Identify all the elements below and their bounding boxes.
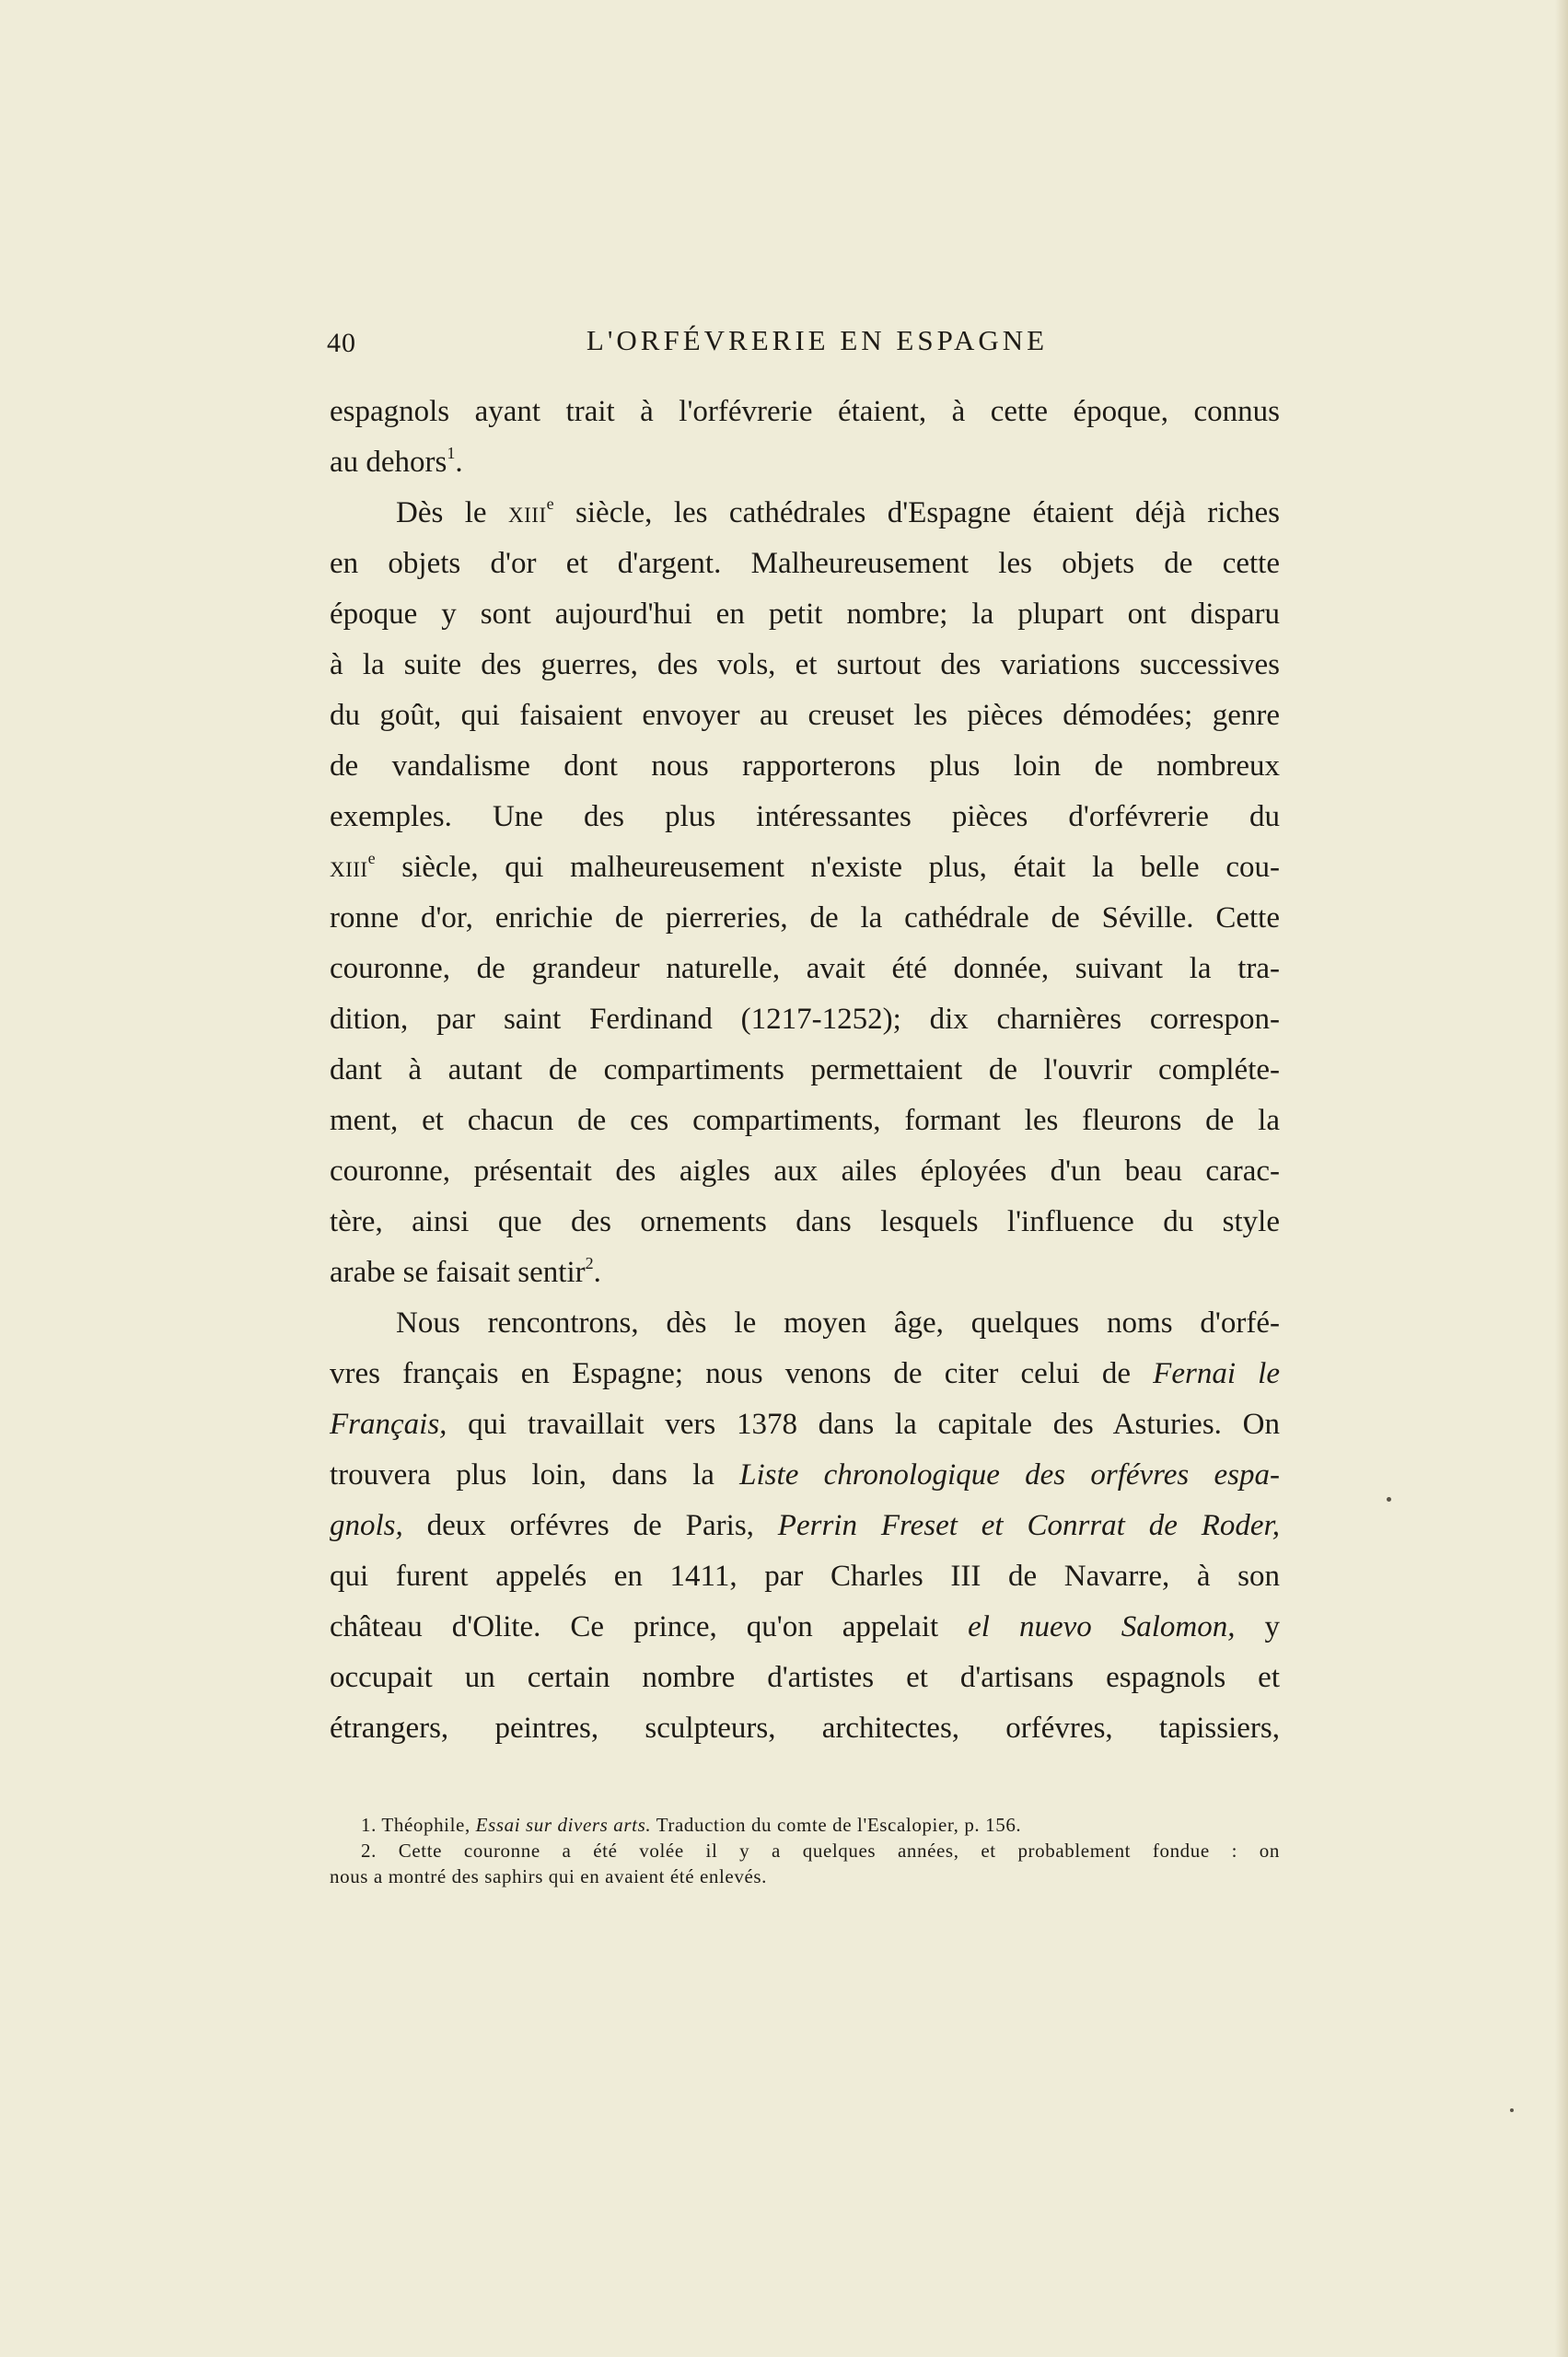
text-line: ment, et chacun de ces compartiments, fo…	[330, 1096, 1280, 1146]
text-line: Français, qui travaillait vers 1378 dans…	[330, 1399, 1280, 1450]
text-line: à la suite des guerres, des vols, et sur…	[330, 640, 1280, 691]
page-edge-shadow	[1555, 0, 1568, 2357]
text-line: dition, par saint Ferdinand (1217-1252);…	[330, 994, 1280, 1045]
text-line: ronne d'or, enrichie de pierreries, de l…	[330, 893, 1280, 944]
text-line: couronne, de grandeur naturelle, avait é…	[330, 944, 1280, 994]
text-line: étrangers, peintres, sculpteurs, archite…	[330, 1703, 1280, 1754]
footnotes: 1. Théophile, Essai sur divers arts. Tra…	[330, 1812, 1280, 1889]
text-line: au dehors1.	[330, 437, 1280, 488]
text-line: gnols, deux orfévres de Paris, Perrin Fr…	[330, 1501, 1280, 1551]
footnote-1: 1. Théophile, Essai sur divers arts. Tra…	[330, 1812, 1280, 1838]
text-line: xiiie siècle, qui malheureusement n'exis…	[330, 842, 1280, 893]
text-line: Dès le xiiie siècle, les cathédrales d'E…	[330, 488, 1280, 539]
text-line: occupait un certain nombre d'artistes et…	[330, 1653, 1280, 1703]
footnote-ref[interactable]: 2	[586, 1254, 594, 1272]
paper-speck	[1387, 1497, 1391, 1502]
running-head: 40 L'ORFÉVRERIE EN ESPAGNE	[327, 324, 1280, 365]
text-line: château d'Olite. Ce prince, qu'on appela…	[330, 1602, 1280, 1653]
text-line: du goût, qui faisaient envoyer au creuse…	[330, 691, 1280, 741]
text-line: qui furent appelés en 1411, par Charles …	[330, 1551, 1280, 1602]
footnote-number: 1.	[361, 1814, 377, 1836]
text-line: dant à autant de compartiments permettai…	[330, 1045, 1280, 1096]
text-line: espagnols ayant trait à l'orfévrerie éta…	[330, 387, 1280, 437]
text-line: époque y sont aujourd'hui en petit nombr…	[330, 589, 1280, 640]
text-line: couronne, présentait des aigles aux aile…	[330, 1146, 1280, 1197]
paper-speck	[1510, 2108, 1514, 2112]
footnote-2-continuation: nous a montré des saphirs qui en avaient…	[330, 1864, 1280, 1889]
text-line: trouvera plus loin, dans la Liste chrono…	[330, 1450, 1280, 1501]
text-line: de vandalisme dont nous rapporterons plu…	[330, 741, 1280, 792]
text-line: tère, ainsi que des ornements dans lesqu…	[330, 1197, 1280, 1248]
footnote-number: 2.	[361, 1840, 377, 1862]
text-line: Nous rencontrons, dès le moyen âge, quel…	[330, 1298, 1280, 1349]
text-line: en objets d'or et d'argent. Malheureusem…	[330, 539, 1280, 589]
footnote-2: 2. Cette couronne a été volée il y a que…	[330, 1838, 1280, 1864]
body-text: espagnols ayant trait à l'orfévrerie éta…	[330, 387, 1280, 1754]
text-line: exemples. Une des plus intéressantes piè…	[330, 792, 1280, 842]
text-line: vres français en Espagne; nous venons de…	[330, 1349, 1280, 1399]
text-line: arabe se faisait sentir2.	[330, 1248, 1280, 1298]
running-title: L'ORFÉVRERIE EN ESPAGNE	[327, 324, 1280, 357]
